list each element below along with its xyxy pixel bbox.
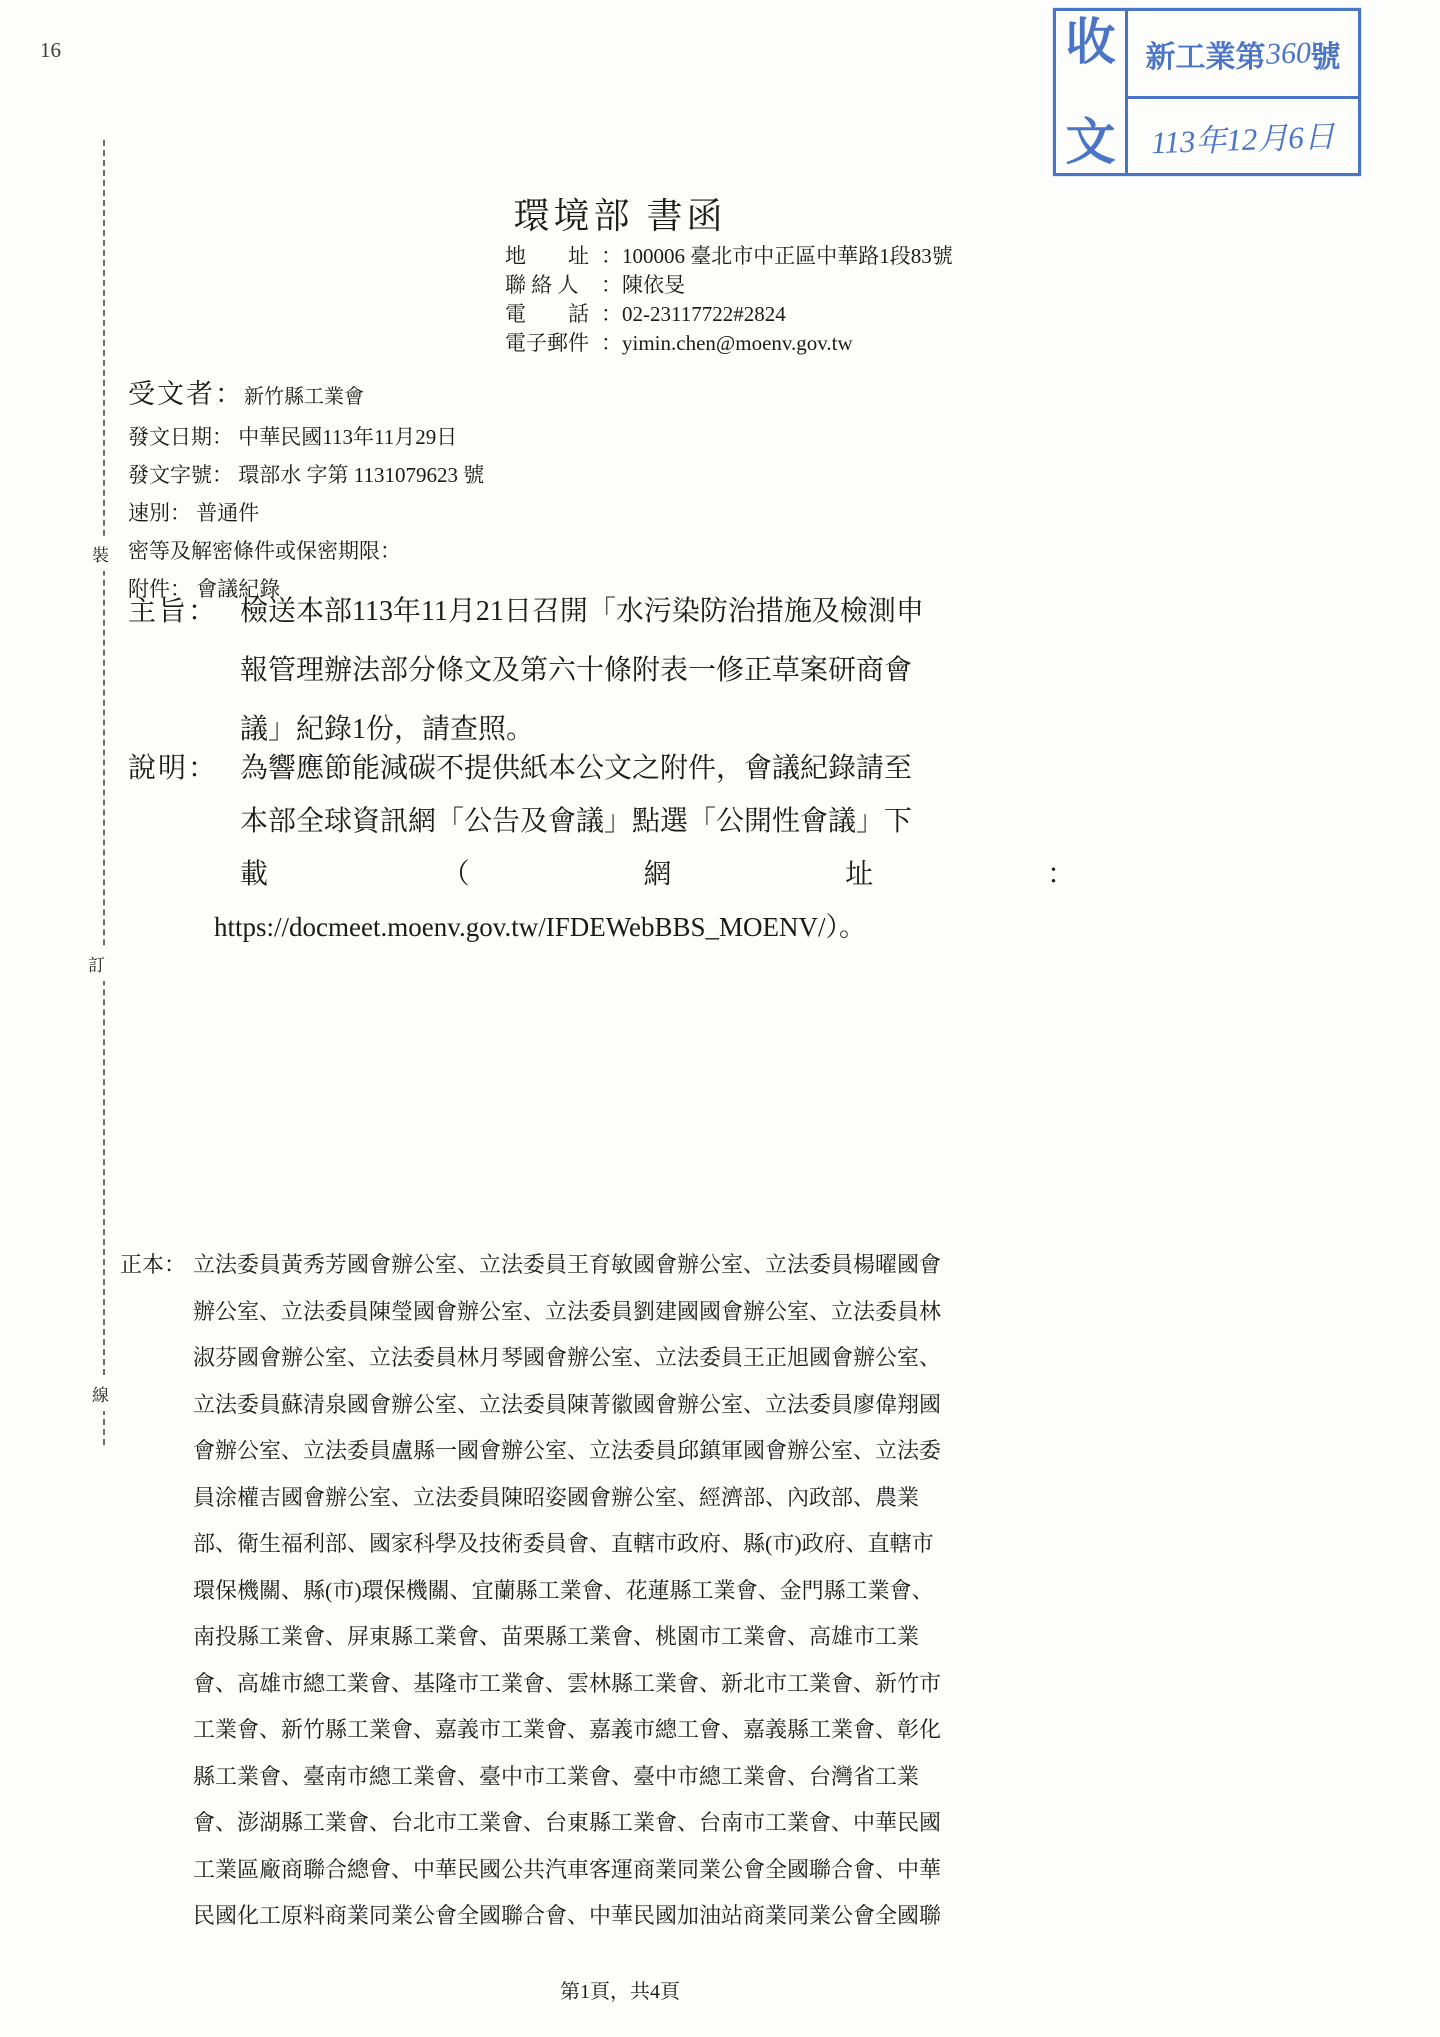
speed-label: 速別：: [128, 501, 191, 525]
page-corner-number: 16: [40, 38, 61, 63]
subject-line: 報管理辦法部分條文及第六十條附表一修正草案研商會: [240, 641, 924, 700]
issue-number-label: 發文字號：: [128, 463, 233, 487]
sender-address-row: 地 址：100006 臺北市中正區中華路1段83號: [505, 242, 953, 271]
address-label: 地 址: [505, 242, 601, 271]
stamp-document-number-row: 新工業第 360 號: [1128, 11, 1358, 99]
binding-dashed-line: [103, 140, 105, 1445]
copy-to-line: 淑芬國會辦公室、立法委員林月琴國會辦公室、立法委員王正旭國會辦公室、: [193, 1335, 941, 1382]
copy-to-line: 縣工業會、臺南市總工業會、臺中市工業會、臺中市總工業會、台灣省工業: [193, 1754, 941, 1801]
issue-date-row: 發文日期： 中華民國113年11月29日: [128, 418, 484, 456]
justified-char: （: [442, 848, 470, 901]
justified-char: 網: [643, 848, 671, 901]
copy-to-lines: 立法委員黃秀芳國會辦公室、立法委員王育敏國會辦公室、立法委員楊曜國會辦公室、立法…: [193, 1242, 941, 1940]
binding-char-ding: 訂: [88, 946, 105, 981]
email-value: ：yimin.chen@moenv.gov.tw: [601, 331, 853, 355]
stamp-doc-no-handwritten: 360: [1265, 36, 1311, 72]
copy-to-line: 工業會、新竹縣工業會、嘉義市工業會、嘉義市總工會、嘉義縣工業會、彰化: [193, 1707, 941, 1754]
explanation-justified-line: 載（網址：: [240, 848, 1075, 901]
phone-value: ：02-23117722#2824: [601, 302, 786, 326]
document-title: 環境部 書函: [0, 188, 1240, 239]
copy-to-line: 工業區廠商聯合總會、中華民國公共汽車客運商業同業公會全國聯合會、中華: [193, 1847, 941, 1894]
sender-phone-row: 電 話：02-23117722#2824: [505, 300, 953, 329]
copy-to-block: 正本： 立法委員黃秀芳國會辦公室、立法委員王育敏國會辦公室、立法委員楊曜國會辦公…: [120, 1242, 941, 1940]
binding-char-zhuang: 裝: [92, 536, 109, 571]
stamp-doc-no-prefix: 新工業第: [1146, 32, 1266, 76]
copy-to-line: 立法委員黃秀芳國會辦公室、立法委員王育敏國會辦公室、立法委員楊曜國會: [193, 1242, 941, 1289]
copy-to-line: 立法委員蘇清泉國會辦公室、立法委員陳菁徽國會辦公室、立法委員廖偉翔國: [193, 1382, 941, 1429]
subject-label: 主旨：: [128, 582, 218, 641]
receive-stamp-left-column: 收 文: [1056, 11, 1128, 173]
explanation-line-1: 為響應節能減碳不提供紙本公文之附件，會議紀錄請至: [240, 742, 1075, 795]
copy-to-line: 員涂權吉國會辦公室、立法委員陳昭姿國會辦公室、經濟部、內政部、農業: [193, 1475, 941, 1522]
copy-to-line: 會辦公室、立法委員盧縣一國會辦公室、立法委員邱鎮軍國會辦公室、立法委: [193, 1428, 941, 1475]
recipient-row: 受文者：新竹縣工業會: [128, 372, 364, 411]
recipient-value: 新竹縣工業會: [244, 386, 364, 408]
stamp-date-row: 113年12月6日: [1128, 99, 1358, 173]
stamp-char-document: 文: [1066, 117, 1116, 167]
copy-to-line: 環保機關、縣(市)環保機關、宜蘭縣工業會、花蓮縣工業會、金門縣工業會、: [193, 1568, 941, 1615]
issue-number-value: 環部水 字第 1131079623 號: [238, 463, 484, 487]
copy-to-label: 正本：: [120, 1242, 186, 1289]
download-url: https://docmeet.moenv.gov.tw/IFDEWebBBS_…: [214, 901, 1075, 954]
contact-label: 聯 絡 人: [505, 271, 601, 300]
copy-to-line: 會、澎湖縣工業會、台北市工業會、台東縣工業會、台南市工業會、中華民國: [193, 1800, 941, 1847]
email-label: 電子郵件: [505, 329, 601, 358]
justified-char: 址: [845, 848, 873, 901]
sender-contact-row: 聯 絡 人：陳依旻: [505, 271, 953, 300]
justified-char: 載: [240, 848, 268, 901]
copy-to-line: 南投縣工業會、屏東縣工業會、苗栗縣工業會、桃園市工業會、高雄市工業: [193, 1614, 941, 1661]
copy-to-line: 民國化工原料商業同業公會全國聯合會、中華民國加油站商業同業公會全國聯: [193, 1893, 941, 1940]
stamp-char-receive: 收: [1066, 17, 1116, 67]
stamp-doc-no-suffix: 號: [1311, 32, 1341, 76]
speed-row: 速別： 普通件: [128, 494, 484, 532]
issue-date-label: 發文日期：: [128, 425, 233, 449]
explanation-line-2: 本部全球資訊網「公告及會議」點選「公開性會議」下: [240, 795, 1075, 848]
binding-char-xian: 線: [92, 1376, 109, 1411]
sender-info-block: 地 址：100006 臺北市中正區中華路1段83號 聯 絡 人：陳依旻 電 話：…: [505, 242, 953, 358]
sender-email-row: 電子郵件：yimin.chen@moenv.gov.tw: [505, 329, 953, 358]
contact-value: ：陳依旻: [601, 273, 685, 297]
speed-value: 普通件: [196, 501, 259, 525]
phone-label: 電 話: [505, 300, 601, 329]
justified-char: ：: [1047, 848, 1075, 901]
receive-stamp: 收 文 新工業第 360 號 113年12月6日: [1053, 8, 1361, 176]
stamp-date-handwritten: 113年12月6日: [1150, 110, 1335, 161]
explanation-label: 說明：: [128, 742, 218, 795]
copy-to-line: 辦公室、立法委員陳瑩國會辦公室、立法委員劉建國國會辦公室、立法委員林: [193, 1289, 941, 1336]
copy-to-line: 部、衛生福利部、國家科學及技術委員會、直轄市政府、縣(市)政府、直轄市: [193, 1521, 941, 1568]
subject-block: 主旨： 檢送本部113年11月21日召開「水污染防治措施及檢測申報管理辦法部分條…: [128, 582, 924, 759]
subject-lines: 檢送本部113年11月21日召開「水污染防治措施及檢測申報管理辦法部分條文及第六…: [240, 582, 924, 759]
subject-line: 檢送本部113年11月21日召開「水污染防治措施及檢測申: [240, 582, 924, 641]
address-value: ：100006 臺北市中正區中華路1段83號: [601, 244, 953, 268]
explanation-block: 說明： 為響應節能減碳不提供紙本公文之附件，會議紀錄請至 本部全球資訊網「公告及…: [128, 742, 1075, 954]
secrecy-label: 密等及解密條件或保密期限：: [128, 539, 401, 563]
issue-date-value: 中華民國113年11月29日: [238, 425, 457, 449]
page-footer: 第1頁，共4頁: [0, 1975, 1240, 2004]
official-letter-page: 16 收 文 新工業第 360 號 113年12月6日 環境部 書函 地 址：1…: [0, 0, 1440, 2037]
recipient-label: 受文者：: [128, 379, 244, 409]
copy-to-line: 會、高雄市總工業會、基隆市工業會、雲林縣工業會、新北市工業會、新竹市: [193, 1661, 941, 1708]
issue-number-row: 發文字號： 環部水 字第 1131079623 號: [128, 456, 484, 494]
secrecy-row: 密等及解密條件或保密期限：: [128, 532, 484, 570]
document-meta-block: 發文日期： 中華民國113年11月29日 發文字號： 環部水 字第 113107…: [128, 418, 484, 608]
